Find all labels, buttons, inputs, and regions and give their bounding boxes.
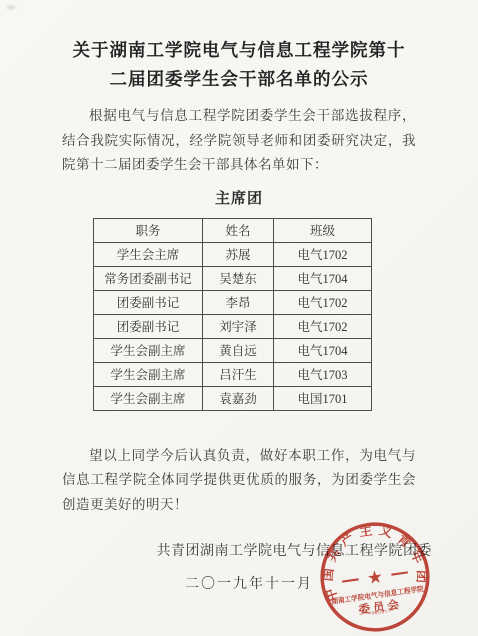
column-header-name: 姓名	[203, 218, 274, 242]
table-row: 常务团委副书记 吴楚东 电气1704	[94, 266, 372, 290]
cell-name: 李昂	[203, 290, 274, 314]
cell-name: 苏展	[203, 242, 274, 266]
section-heading: 主席团	[0, 187, 478, 208]
intro-paragraph: 根据电气与信息工程学院团委学生会干部选拔程序，结合我院实际情况，经学院领导老师和…	[62, 104, 416, 178]
cell-class: 电气1702	[274, 314, 372, 338]
cell-position: 学生会主席	[94, 242, 203, 266]
cell-name: 吴楚东	[203, 266, 274, 290]
cell-name: 刘宇泽	[203, 314, 274, 338]
document-title-line1: 关于湖南工学院电气与信息工程学院第十	[0, 36, 478, 65]
cell-class: 电气1702	[274, 242, 372, 266]
seal-star-icon: ★	[366, 566, 384, 588]
document-page: 关于湖南工学院电气与信息工程学院第十 二届团委学生会干部名单的公示 根据电气与信…	[0, 0, 478, 636]
cell-class: 电气1704	[274, 266, 372, 290]
cell-class: 电气1703	[274, 362, 372, 386]
column-header-position: 职务	[94, 218, 203, 242]
roster-table: 职务 姓名 班级 学生会主席 苏展 电气1702 常务团委副书记 吴楚东 电气1…	[93, 218, 372, 411]
closing-paragraph: 望以上同学今后认真负责，做好本职工作，为电气与信息工程学院全体同学提供更优质的服…	[62, 444, 416, 518]
seal-left-dash	[342, 579, 358, 581]
cell-position: 团委副书记	[94, 290, 203, 314]
cell-position: 团委副书记	[94, 314, 203, 338]
document-title: 关于湖南工学院电气与信息工程学院第十 二届团委学生会干部名单的公示	[0, 0, 478, 94]
scan-smudge	[5, 4, 17, 11]
column-header-class: 班级	[274, 218, 372, 242]
cell-position: 学生会副主席	[94, 338, 203, 362]
cell-position: 学生会副主席	[94, 386, 203, 410]
cell-class: 电气1704	[274, 338, 372, 362]
seal-right-dash	[391, 572, 407, 574]
document-title-line2: 二届团委学生会干部名单的公示	[0, 65, 478, 94]
table-header-row: 职务 姓名 班级	[94, 218, 372, 242]
table-row: 学生会副主席 袁嘉劲 电国1701	[94, 386, 372, 410]
cell-name: 黄自远	[203, 338, 274, 362]
cell-position: 学生会副主席	[94, 362, 203, 386]
table-row: 团委副书记 李昂 电气1702	[94, 290, 372, 314]
cell-name: 袁嘉劲	[203, 386, 274, 410]
cell-class: 电国1701	[274, 386, 372, 410]
cell-name: 吕汗生	[203, 362, 274, 386]
table-row: 团委副书记 刘宇泽 电气1702	[94, 314, 372, 338]
table-row: 学生会主席 苏展 电气1702	[94, 242, 372, 266]
official-seal: 中国共产主义青年团 ★ 湖南工学院电气与信息工程学院 委员会 430408091…	[309, 511, 440, 636]
table-row: 学生会副主席 黄自远 电气1704	[94, 338, 372, 362]
cell-position: 常务团委副书记	[94, 266, 203, 290]
table-row: 学生会副主席 吕汗生 电气1703	[94, 362, 372, 386]
cell-class: 电气1702	[274, 290, 372, 314]
